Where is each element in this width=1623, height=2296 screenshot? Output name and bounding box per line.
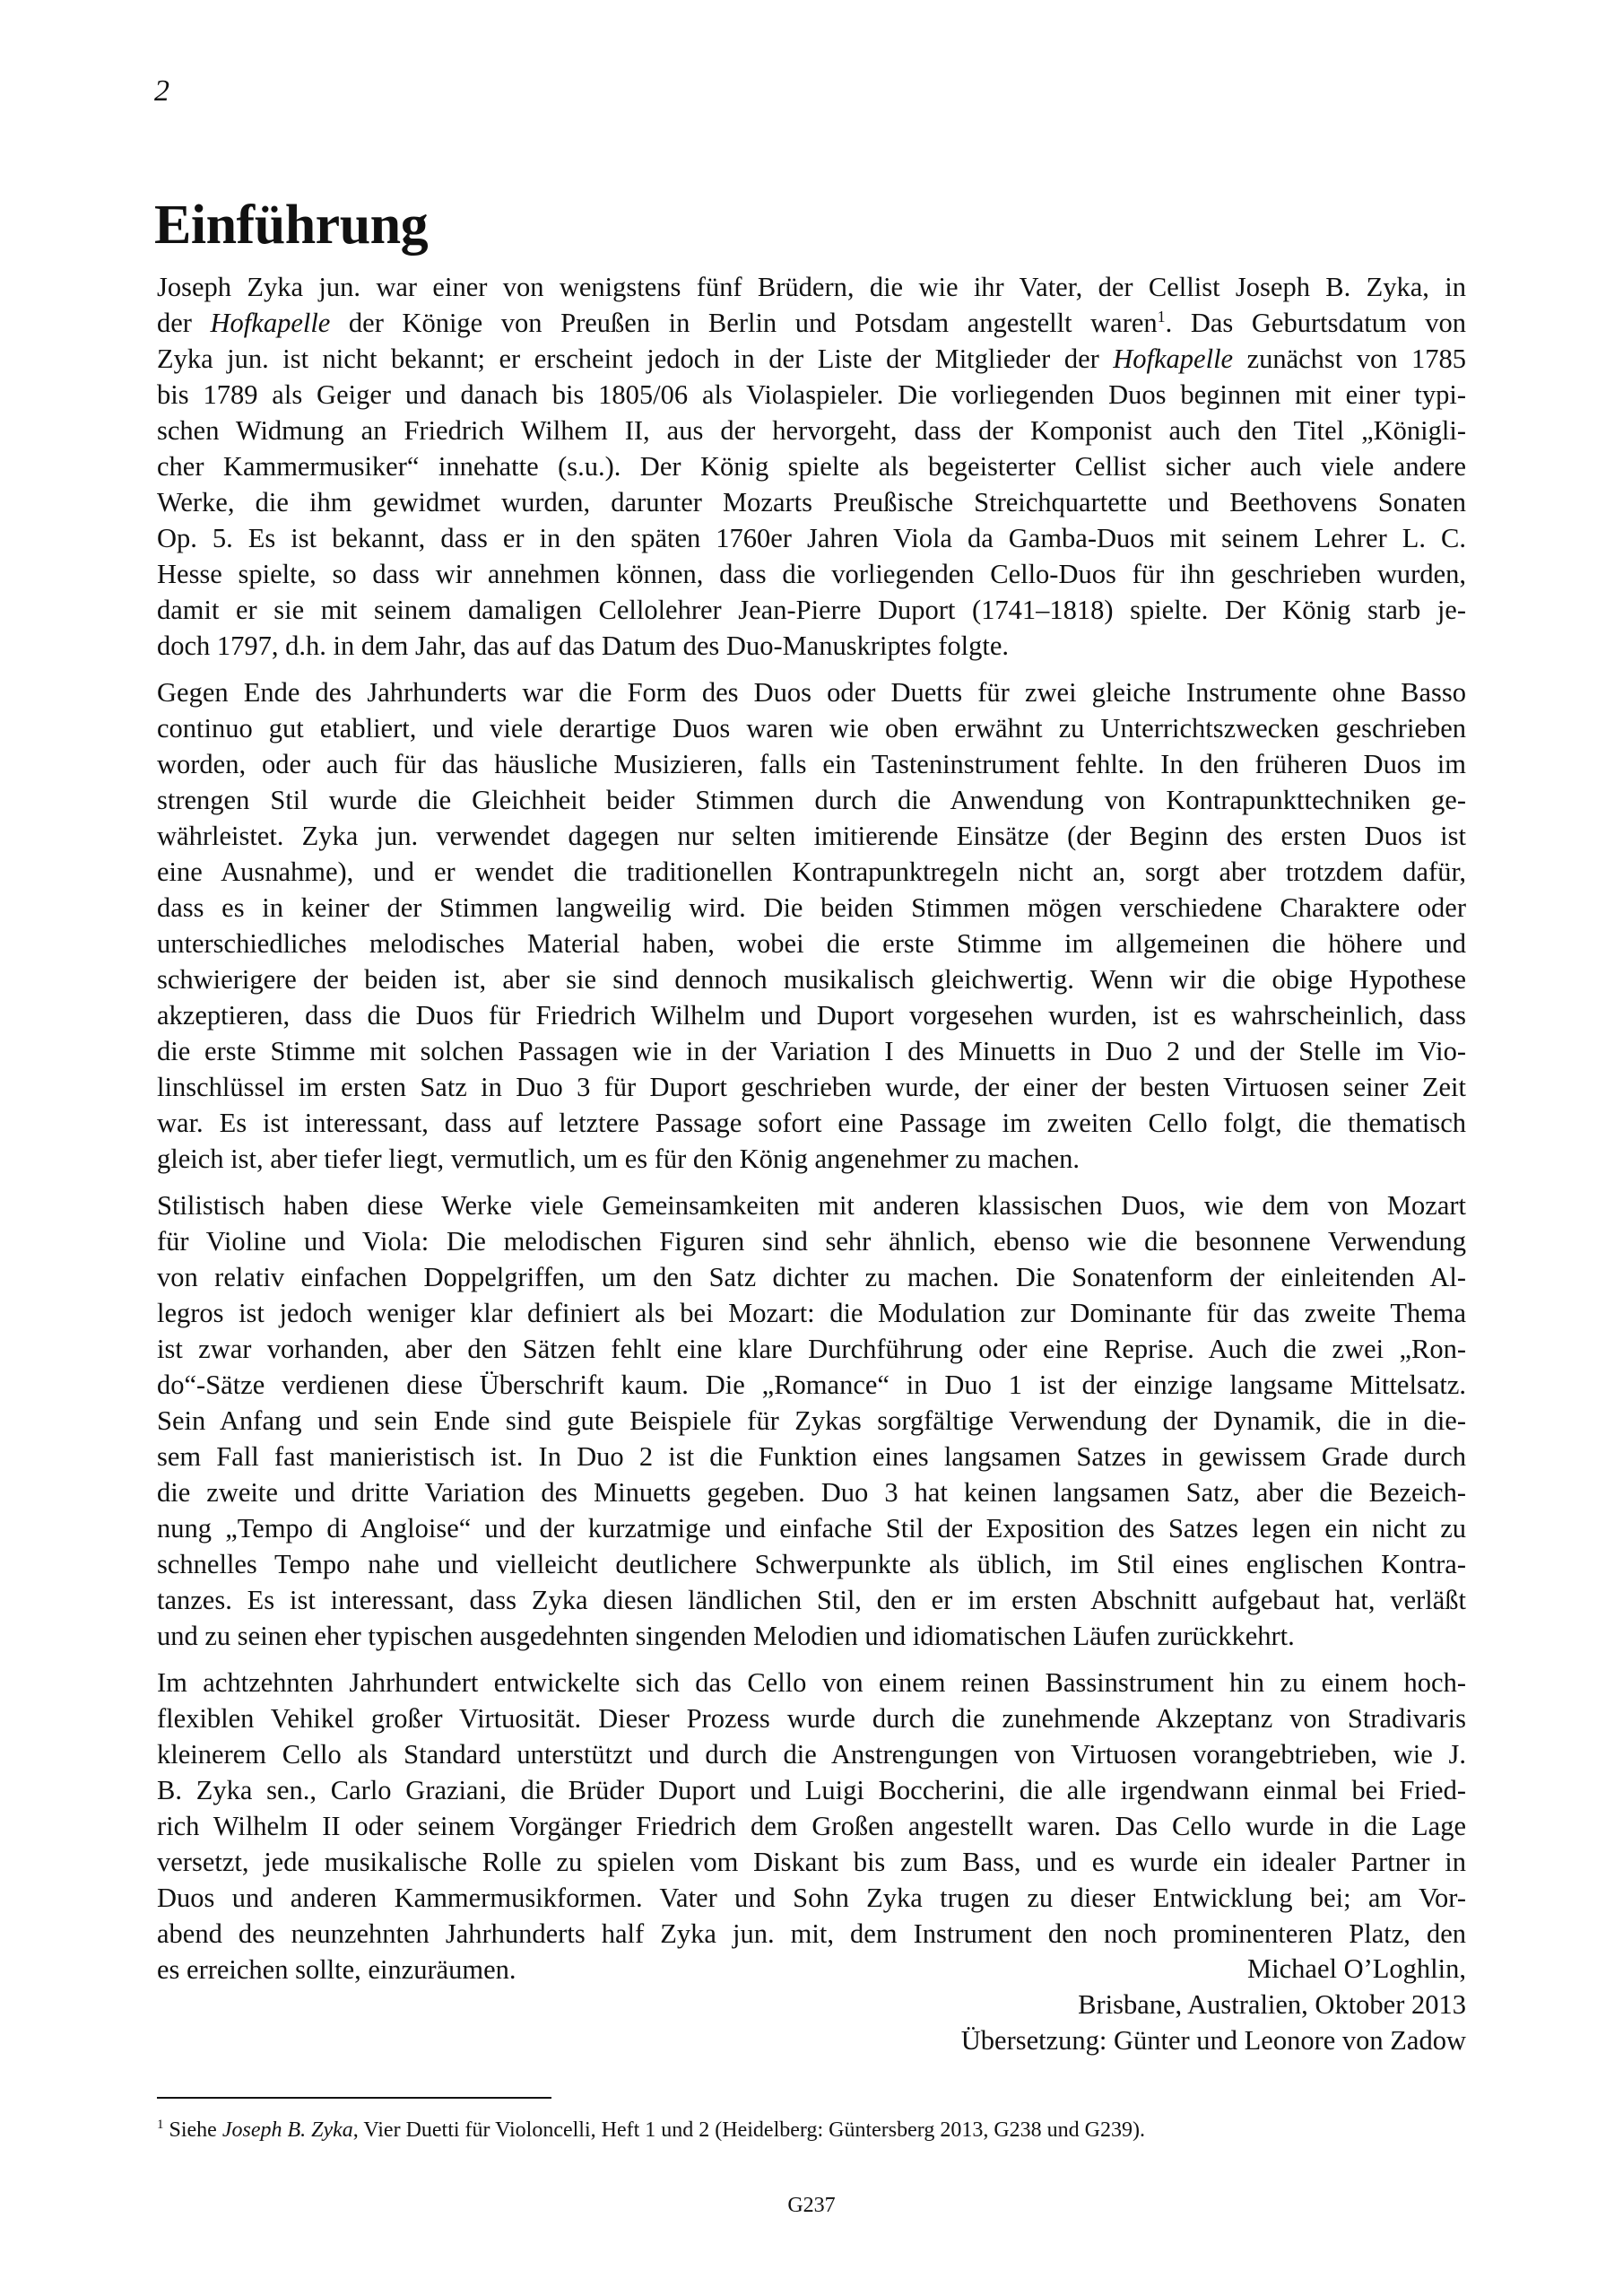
text-line: Im achtzehnten Jahrhundert entwickelte s… xyxy=(157,1665,1466,1700)
text-line: Zyka jun. ist nicht bekannt; er erschein… xyxy=(157,341,1466,377)
text-run: B. Zyka sen., Carlo Graziani, die Brüder… xyxy=(157,1775,1466,1805)
text-line: flexiblen Vehikel großer Virtuosität. Di… xyxy=(157,1700,1466,1736)
text-line: die erste Stimme mit solchen Passagen wi… xyxy=(157,1033,1466,1069)
text-run: die erste Stimme mit solchen Passagen wi… xyxy=(157,1036,1466,1066)
text-line: der Hofkapelle der Könige von Preußen in… xyxy=(157,305,1466,341)
text-run: nung „Tempo di Angloise“ und der kurzatm… xyxy=(157,1513,1466,1544)
translation-credit: Übersetzung: Günter und Leonore von Zado… xyxy=(961,2022,1466,2058)
text-line: versetzt, jede musikalische Rolle zu spi… xyxy=(157,1844,1466,1880)
text-run: tanzes. Es ist interessant, dass Zyka di… xyxy=(157,1585,1466,1615)
text-line: Sein Anfang und sein Ende sind gute Beis… xyxy=(157,1403,1466,1439)
paragraph: Im achtzehnten Jahrhundert entwickelte s… xyxy=(157,1665,1466,1987)
text-run: Zyka jun. ist nicht bekannt; er erschein… xyxy=(157,344,1113,374)
text-run: doch 1797, d.h. in dem Jahr, das auf das… xyxy=(157,631,1009,661)
text-line: schnelles Tempo nahe und vielleicht deut… xyxy=(157,1546,1466,1582)
paragraph: Stilistisch haben diese Werke viele Geme… xyxy=(157,1187,1466,1654)
text-run: damit er sie mit seinem damaligen Cellol… xyxy=(157,595,1466,625)
text-line: akzeptieren, dass die Duos für Friedrich… xyxy=(157,997,1466,1033)
text-run: der xyxy=(157,308,211,338)
text-run: Joseph Zyka jun. war einer von wenigsten… xyxy=(157,272,1466,302)
text-run: und zu seinen eher typischen ausgedehnte… xyxy=(157,1621,1295,1651)
place-date: Brisbane, Australien, Oktober 2013 xyxy=(961,1987,1466,2022)
body-text: Joseph Zyka jun. war einer von wenigsten… xyxy=(157,269,1466,1998)
text-run: flexiblen Vehikel großer Virtuosität. Di… xyxy=(157,1703,1466,1734)
text-run: Duos und anderen Kammermusikformen. Vate… xyxy=(157,1883,1466,1913)
text-run: versetzt, jede musikalische Rolle zu spi… xyxy=(157,1847,1466,1877)
text-line: gleich ist, aber tiefer liegt, vermutlic… xyxy=(157,1141,1466,1177)
text-run: kleinerem Cello als Standard unterstützt… xyxy=(157,1739,1466,1770)
text-run: Werke, die ihm gewidmet wurden, darunter… xyxy=(157,487,1466,517)
text-run: , Vier Duetti für Violoncelli, Heft 1 un… xyxy=(353,2118,1145,2142)
text-run: der Könige von Preußen in Berlin und Pot… xyxy=(330,308,1157,338)
text-run: bis 1789 als Geiger und danach bis 1805/… xyxy=(157,379,1466,410)
text-line: ist zwar vorhanden, aber den Sätzen fehl… xyxy=(157,1331,1466,1367)
footnote-marker: 1 xyxy=(157,2118,164,2132)
text-run: cher Kammermusiker“ innehatte (s.u.). De… xyxy=(157,451,1466,482)
text-run: continuo gut etabliert, und viele derart… xyxy=(157,713,1466,744)
text-run: schen Widmung an Friedrich Wilhem II, au… xyxy=(157,415,1466,446)
text-line: unterschiedliches melodisches Material h… xyxy=(157,926,1466,961)
text-run: dass es in keiner der Stimmen langweilig… xyxy=(157,892,1466,923)
text-line: Stilistisch haben diese Werke viele Geme… xyxy=(157,1187,1466,1223)
text-run: legros ist jedoch weniger klar definiert… xyxy=(157,1298,1466,1328)
italic-text: Hofkapelle xyxy=(211,308,331,338)
text-run: Op. 5. Es ist bekannt, dass er in den sp… xyxy=(157,523,1466,553)
text-run: Hesse spielte, so dass wir annehmen könn… xyxy=(157,559,1466,589)
text-run: Sein Anfang und sein Ende sind gute Beis… xyxy=(157,1405,1466,1436)
text-run: strengen Stil wurde die Gleichheit beide… xyxy=(157,785,1466,815)
text-line: tanzes. Es ist interessant, dass Zyka di… xyxy=(157,1582,1466,1618)
text-line: währleistet. Zyka jun. verwendet dagegen… xyxy=(157,818,1466,854)
text-run: Siehe xyxy=(169,2118,222,2142)
text-line: war. Es ist interessant, dass auf letzte… xyxy=(157,1105,1466,1141)
text-run: währleistet. Zyka jun. verwendet dagegen… xyxy=(157,821,1466,851)
text-run: schwierigere der beiden ist, aber sie si… xyxy=(157,964,1466,995)
paragraph: Joseph Zyka jun. war einer von wenigsten… xyxy=(157,269,1466,664)
text-run: für Violine und Viola: Die melodischen F… xyxy=(157,1226,1466,1257)
text-run: Stilistisch haben diese Werke viele Geme… xyxy=(157,1190,1466,1221)
text-line: worden, oder auch für das häusliche Musi… xyxy=(157,746,1466,782)
text-run: worden, oder auch für das häusliche Musi… xyxy=(157,749,1466,779)
text-run: von relativ einfachen Doppelgriffen, um … xyxy=(157,1262,1466,1292)
text-line: kleinerem Cello als Standard unterstützt… xyxy=(157,1736,1466,1772)
text-run: linschlüssel im ersten Satz in Duo 3 für… xyxy=(157,1072,1466,1102)
text-line: Duos und anderen Kammermusikformen. Vate… xyxy=(157,1880,1466,1916)
text-line: Gegen Ende des Jahrhunderts war die Form… xyxy=(157,674,1466,710)
text-line: bis 1789 als Geiger und danach bis 1805/… xyxy=(157,377,1466,413)
text-run: do“-Sätze verdienen diese Überschrift ka… xyxy=(157,1370,1466,1400)
text-run: zunächst von 1785 xyxy=(1233,344,1466,374)
text-line: damit er sie mit seinem damaligen Cellol… xyxy=(157,592,1466,628)
author-name: Michael O’Loghlin, xyxy=(961,1951,1466,1987)
text-line: eine Ausnahme), und er wendet die tradit… xyxy=(157,854,1466,890)
text-line: continuo gut etabliert, und viele derart… xyxy=(157,710,1466,746)
text-run: abend des neunzehnten Jahrhunderts half … xyxy=(157,1918,1466,1949)
text-line: abend des neunzehnten Jahrhunderts half … xyxy=(157,1916,1466,1952)
text-run: Gegen Ende des Jahrhunderts war die Form… xyxy=(157,677,1466,708)
text-line: Joseph Zyka jun. war einer von wenigsten… xyxy=(157,269,1466,305)
text-run: war. Es ist interessant, dass auf letzte… xyxy=(157,1108,1466,1138)
text-line: schen Widmung an Friedrich Wilhem II, au… xyxy=(157,413,1466,448)
text-line: sem Fall fast manieristisch ist. In Duo … xyxy=(157,1439,1466,1474)
page-title: Einführung xyxy=(154,193,428,257)
footnote-divider xyxy=(157,2097,551,2099)
text-run: rich Wilhelm II oder seinem Vorgänger Fr… xyxy=(157,1811,1466,1841)
text-line: strengen Stil wurde die Gleichheit beide… xyxy=(157,782,1466,818)
text-line: schwierigere der beiden ist, aber sie si… xyxy=(157,961,1466,997)
text-run: akzeptieren, dass die Duos für Friedrich… xyxy=(157,1000,1466,1031)
text-line: nung „Tempo di Angloise“ und der kurzatm… xyxy=(157,1510,1466,1546)
footnote-reference: 1 xyxy=(1158,308,1166,326)
italic-text: Hofkapelle xyxy=(1113,344,1233,374)
text-line: do“-Sätze verdienen diese Überschrift ka… xyxy=(157,1367,1466,1403)
text-run: die zweite und dritte Variation des Minu… xyxy=(157,1477,1466,1508)
text-line: für Violine und Viola: Die melodischen F… xyxy=(157,1223,1466,1259)
text-run: gleich ist, aber tiefer liegt, vermutlic… xyxy=(157,1144,1080,1174)
page-number: 2 xyxy=(154,74,169,109)
text-run: . Das Geburtsdatum von xyxy=(1166,308,1466,338)
text-run: unterschiedliches melodisches Material h… xyxy=(157,928,1466,959)
text-run: eine Ausnahme), und er wendet die tradit… xyxy=(157,857,1466,887)
text-line: Werke, die ihm gewidmet wurden, darunter… xyxy=(157,484,1466,520)
text-line: B. Zyka sen., Carlo Graziani, die Brüder… xyxy=(157,1772,1466,1808)
footer-code: G237 xyxy=(0,2192,1623,2219)
text-run: Im achtzehnten Jahrhundert entwickelte s… xyxy=(157,1667,1466,1698)
text-run: sem Fall fast manieristisch ist. In Duo … xyxy=(157,1441,1466,1472)
text-line: die zweite und dritte Variation des Minu… xyxy=(157,1474,1466,1510)
text-run: schnelles Tempo nahe und vielleicht deut… xyxy=(157,1549,1466,1579)
signature-block: Michael O’Loghlin, Brisbane, Australien,… xyxy=(961,1951,1466,2058)
text-line: doch 1797, d.h. in dem Jahr, das auf das… xyxy=(157,628,1466,664)
text-line: linschlüssel im ersten Satz in Duo 3 für… xyxy=(157,1069,1466,1105)
italic-text: Joseph B. Zyka xyxy=(222,2118,353,2142)
text-line: Op. 5. Es ist bekannt, dass er in den sp… xyxy=(157,520,1466,556)
text-run: ist zwar vorhanden, aber den Sätzen fehl… xyxy=(157,1334,1466,1364)
text-run: es erreichen sollte, einzuräumen. xyxy=(157,1954,516,1985)
text-line: und zu seinen eher typischen ausgedehnte… xyxy=(157,1618,1466,1654)
text-line: rich Wilhelm II oder seinem Vorgänger Fr… xyxy=(157,1808,1466,1844)
footnote: 1 Siehe Joseph B. Zyka, Vier Duetti für … xyxy=(157,2117,1145,2144)
paragraph: Gegen Ende des Jahrhunderts war die Form… xyxy=(157,674,1466,1177)
text-line: dass es in keiner der Stimmen langweilig… xyxy=(157,890,1466,926)
text-line: von relativ einfachen Doppelgriffen, um … xyxy=(157,1259,1466,1295)
text-line: legros ist jedoch weniger klar definiert… xyxy=(157,1295,1466,1331)
text-line: Hesse spielte, so dass wir annehmen könn… xyxy=(157,556,1466,592)
text-line: cher Kammermusiker“ innehatte (s.u.). De… xyxy=(157,448,1466,484)
